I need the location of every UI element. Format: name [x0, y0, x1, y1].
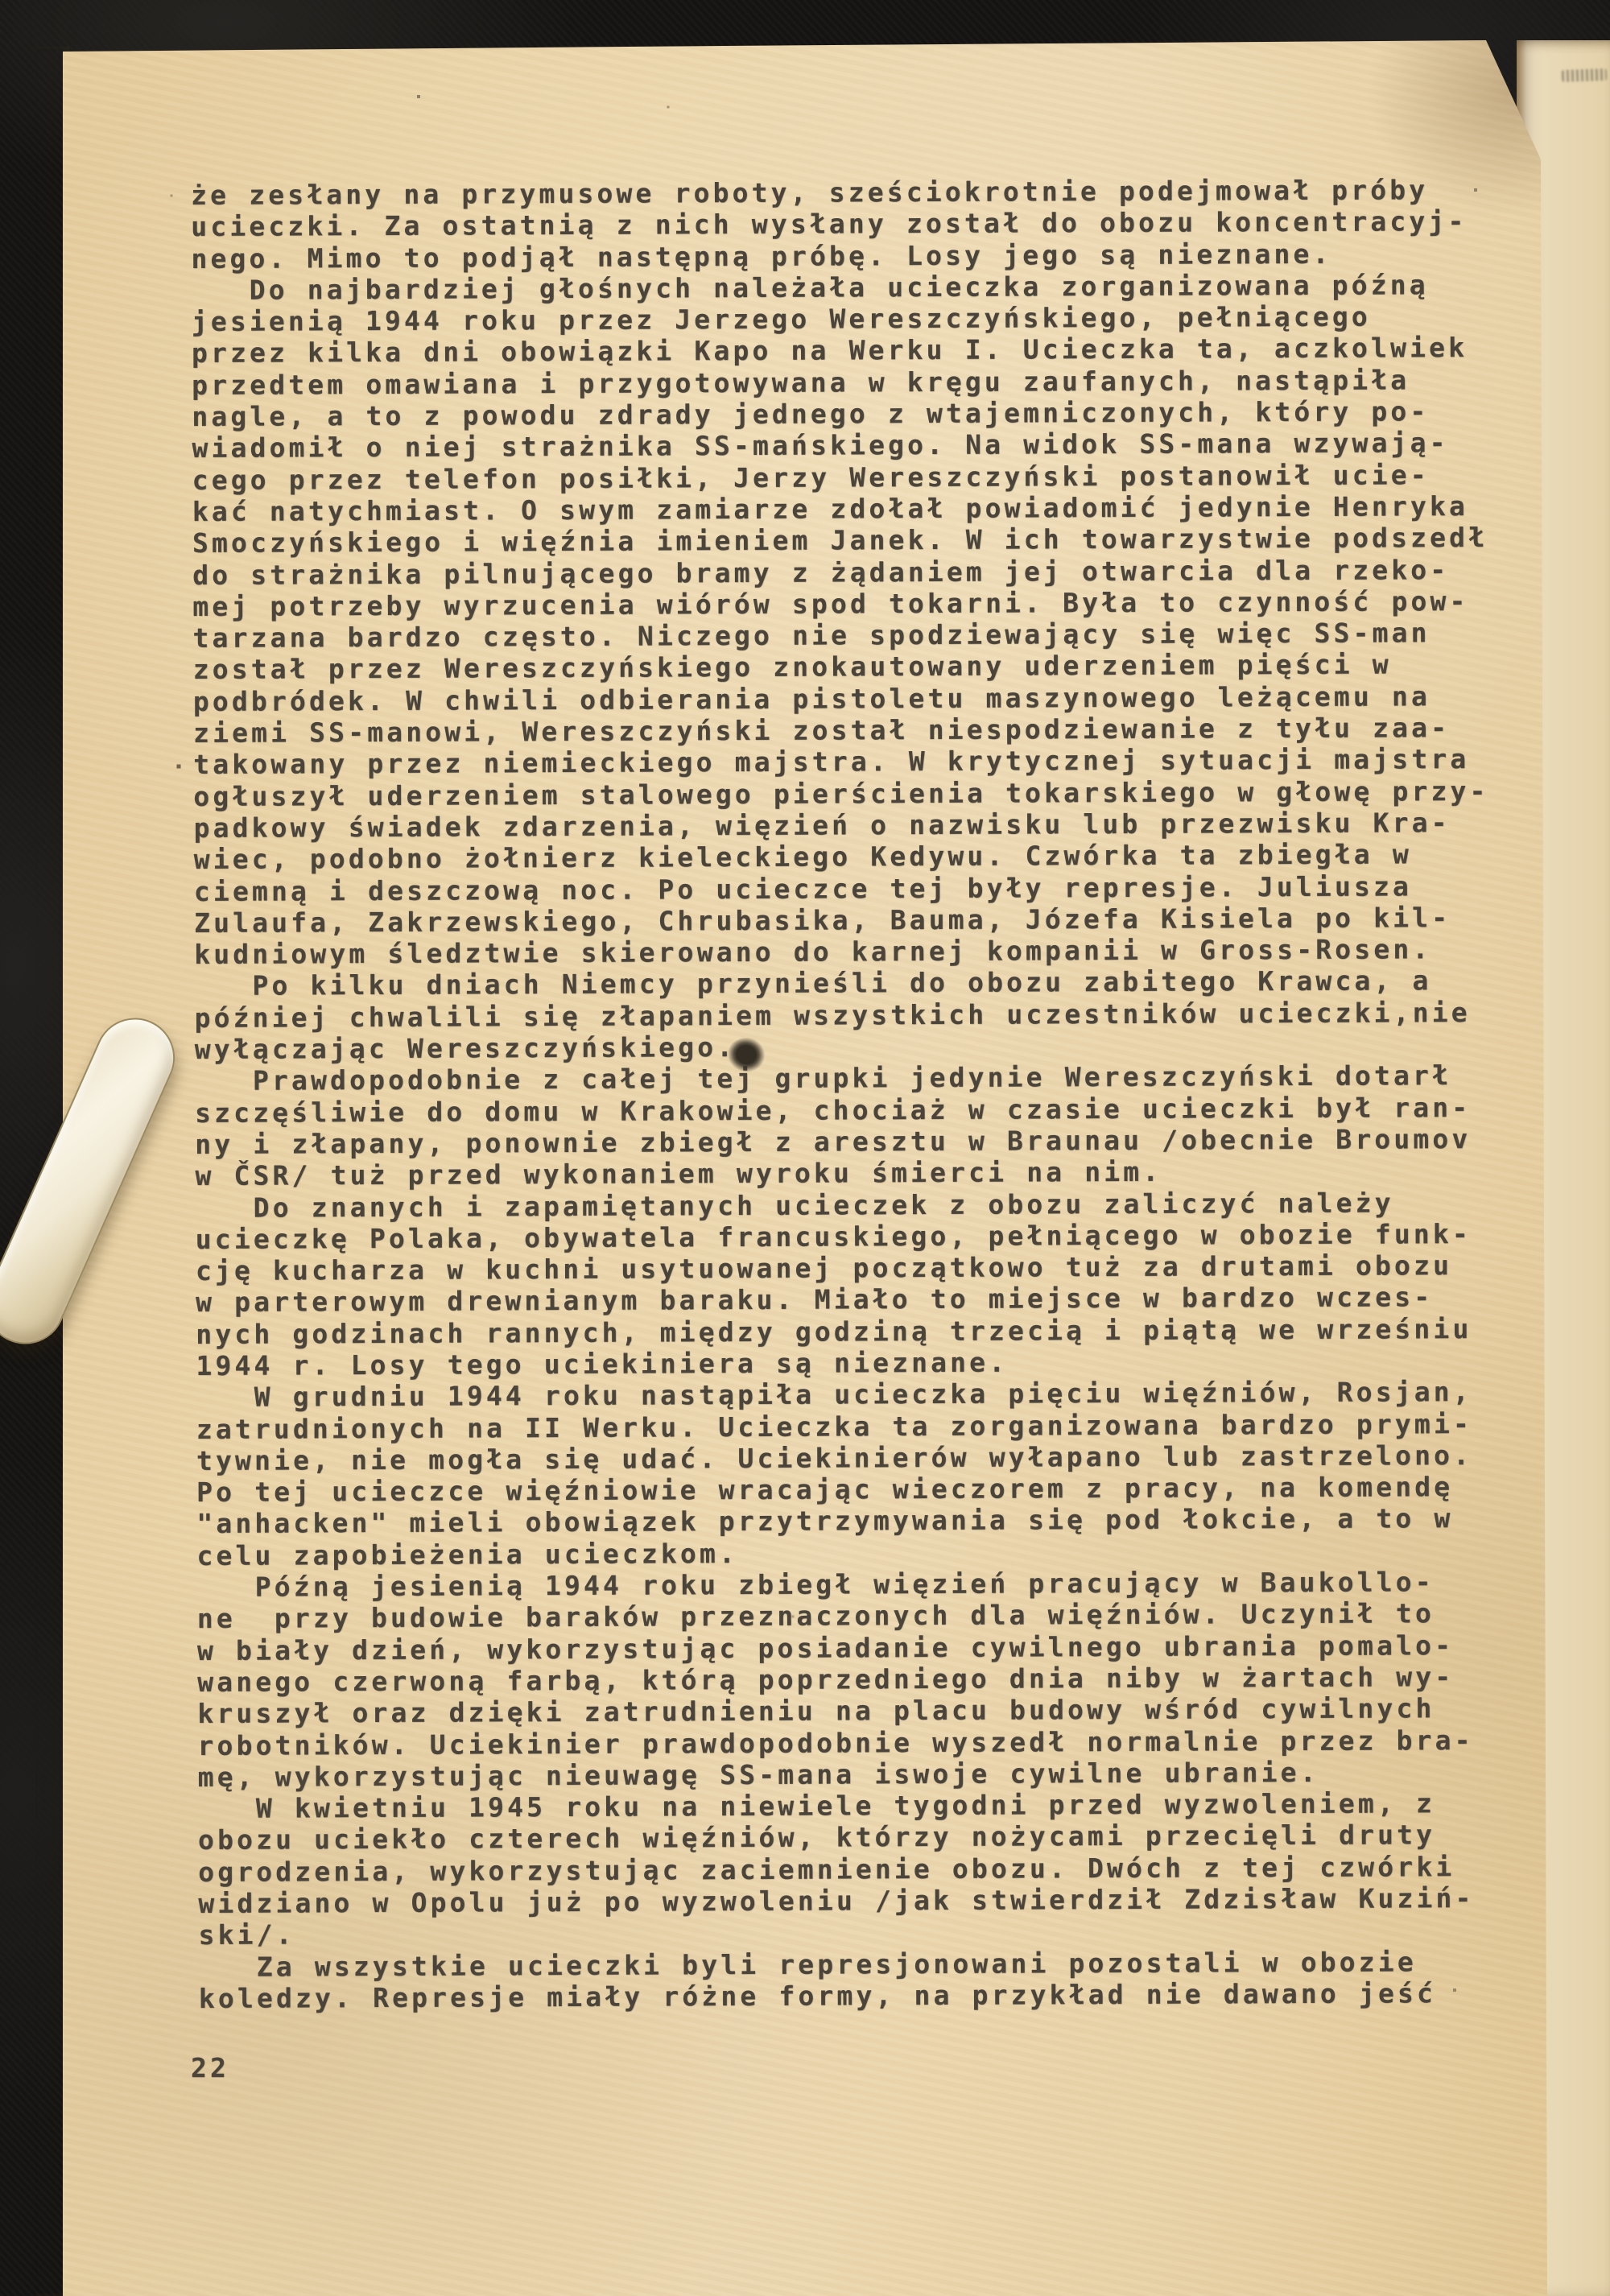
- text-line: ogłuszył uderzeniem stalowego pierścieni…: [193, 775, 1488, 812]
- text-line: do strażnika pilnującego bramy z żądanie…: [192, 554, 1488, 591]
- text-line: Prawdopodobnie z całej tej grupki jedyni…: [195, 1059, 1490, 1096]
- text-line: widziano w Opolu już po wyzwoleniu /jak …: [198, 1882, 1493, 1919]
- text-line: takowany przez niemieckiego majstra. W k…: [193, 743, 1488, 780]
- text-line: obozu uciekło czterech więźniów, którzy …: [198, 1819, 1493, 1856]
- scanned-book-photo: że zesłany na przymusowe roboty, sześcio…: [0, 0, 1610, 2296]
- text-line: koledzy. Represje miały różne formy, na …: [199, 1977, 1494, 2014]
- text-line: "anhacken" mieli obowiązek przytrzymywan…: [196, 1502, 1492, 1539]
- text-line: wiadomił o niej strażnika SS-mańskiego. …: [192, 427, 1487, 464]
- page-text: że zesłany na przymusowe roboty, sześcio…: [191, 174, 1494, 2014]
- page-number: 22: [191, 2052, 229, 2083]
- text-line: w biały dzień, wykorzystując posiadanie …: [197, 1629, 1492, 1666]
- text-line: ny i złapany, ponownie zbiegł z aresztu …: [195, 1123, 1490, 1160]
- text-line: robotników. Uciekinier prawdopodobnie wy…: [197, 1724, 1492, 1761]
- text-line: szczęśliwie do domu w Krakowie, chociaż …: [195, 1092, 1490, 1129]
- text-line: przez kilka dni obowiązki Kapo na Werku …: [192, 332, 1487, 369]
- text-line: Za wszystkie ucieczki byli represjonowan…: [199, 1946, 1494, 1983]
- text-line: został przez Wereszczyńskiego znokautowa…: [193, 648, 1488, 685]
- print-smudge: [1562, 68, 1607, 82]
- text-line: zatrudnionych na II Werku. Ucieczka ta z…: [196, 1408, 1492, 1445]
- text-line: nych godzinach rannych, między godziną t…: [196, 1313, 1491, 1350]
- text-line: później chwalili się złapaniem wszystkic…: [194, 997, 1489, 1034]
- text-line: W grudniu 1944 roku nastąpiła ucieczka p…: [196, 1376, 1492, 1413]
- text-line: nego. Mimo to podjął następną próbę. Los…: [191, 237, 1486, 275]
- text-line: ne przy budowie baraków przeznaczonych d…: [197, 1597, 1492, 1634]
- text-line: Po kilku dniach Niemcy przynieśli do obo…: [194, 964, 1489, 1001]
- book-page: że zesłany na przymusowe roboty, sześcio…: [0, 0, 1610, 2296]
- text-line: ciemną i deszczową noc. Po ucieczce tej …: [194, 870, 1489, 907]
- text-line: Do znanych i zapamiętanych ucieczek z ob…: [195, 1186, 1490, 1223]
- text-line: w parterowym drewnianym baraku. Miało to…: [196, 1281, 1491, 1318]
- text-line: ucieczki. Za ostatnią z nich wysłany zos…: [191, 205, 1486, 242]
- text-line: wiec, podobno żołnierz kieleckiego Kedyw…: [194, 838, 1489, 875]
- text-line: Smoczyńskiego i więźnia imieniem Janek. …: [192, 522, 1488, 559]
- text-line: kruszył oraz dzięki zatrudnieniu na plac…: [197, 1692, 1492, 1729]
